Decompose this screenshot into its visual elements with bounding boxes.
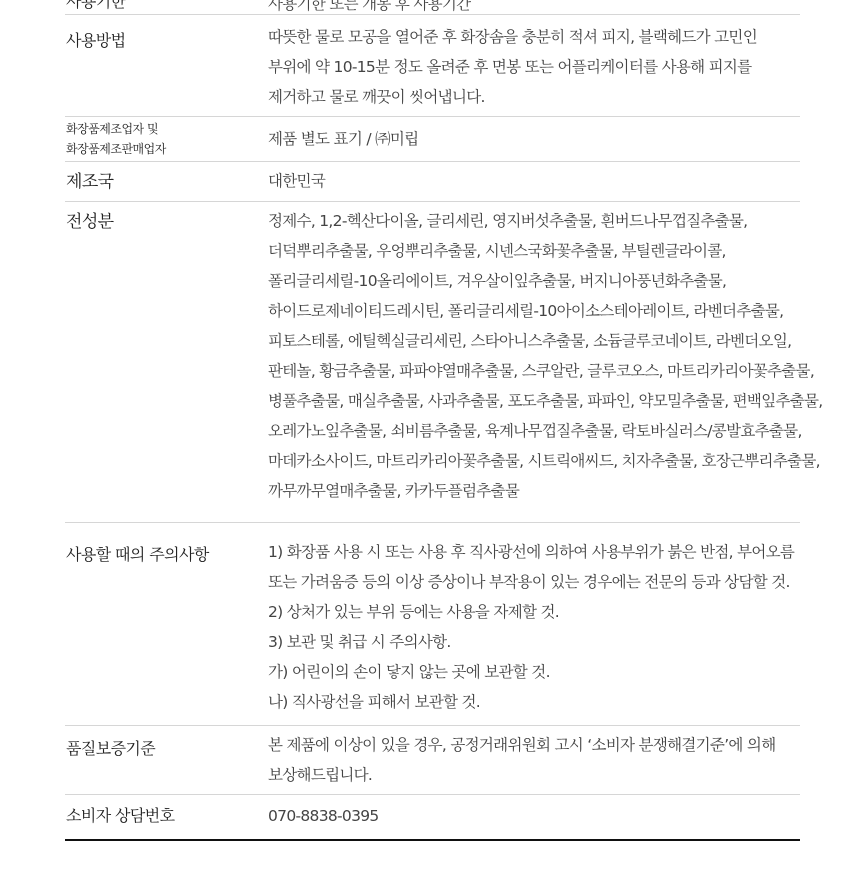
value-line: 더덕뿌리추출물, 우엉뿌리추출물, 시넨스국화꽃추출물, 부틸렌글라이콜, <box>268 236 823 266</box>
value-line: 가) 어린이의 손이 닿지 않는 곳에 보관할 것. <box>268 657 800 687</box>
info-row-expiry: 사용기한 사용기한 또는 개봉 후 사용기간 <box>65 0 800 15</box>
value-line: 2) 상처가 있는 부위 등에는 사용을 자제할 것. <box>268 597 800 627</box>
row-value: 따뜻한 물로 모공을 열어준 후 화장솜을 충분히 적셔 피지, 블랙헤드가 고… <box>268 15 800 116</box>
row-value: 사용기한 또는 개봉 후 사용기간 <box>268 0 800 14</box>
value-line: 1) 화장품 사용 시 또는 사용 후 직사광선에 의하여 사용부위가 붉은 반… <box>268 537 800 567</box>
row-label: 사용방법 <box>65 15 268 116</box>
value-line: 병풀추출물, 매실추출물, 사과추출물, 포도추출물, 파파인, 약모밀추출물,… <box>268 386 823 416</box>
value-line: 3) 보관 및 취급 시 주의사항. <box>268 627 800 657</box>
value-line: 따뜻한 물로 모공을 열어준 후 화장솜을 충분히 적셔 피지, 블랙헤드가 고… <box>268 22 800 52</box>
value-line: 피토스테롤, 에틸헥실글리세린, 스타아니스추출물, 소듐글루코네이트, 라벤더… <box>268 326 823 356</box>
row-value: 정제수, 1,2-헥산다이올, 글리세린, 영지버섯추출물, 흰버드나무껍질추출… <box>268 202 823 522</box>
label-line: 화장품제조업자 및 <box>66 119 268 139</box>
value-line: 보상해드립니다. <box>268 760 800 790</box>
row-value: 제품 별도 표기 / ㈜미립 <box>268 117 800 161</box>
value-line: 까무까무열매추출물, 카카두플럼추출물 <box>268 476 823 506</box>
row-label: 소비자 상담번호 <box>65 795 268 839</box>
value-line: 대한민국 <box>268 166 800 196</box>
row-label: 제조국 <box>65 162 268 201</box>
info-row-country: 제조국 대한민국 <box>65 162 800 202</box>
row-value: 본 제품에 이상이 있을 경우, 공정거래위원회 고시 ‘소비자 분쟁해결기준’… <box>268 726 800 794</box>
label-line: 화장품제조판매업자 <box>66 139 268 159</box>
row-value: 1) 화장품 사용 시 또는 사용 후 직사광선에 의하여 사용부위가 붉은 반… <box>268 523 800 725</box>
row-label: 전성분 <box>65 202 268 522</box>
row-label: 화장품제조업자 및 화장품제조판매업자 <box>65 117 268 161</box>
phone-number: 070-8838-0395 <box>268 801 800 831</box>
value-line: 오레가노잎추출물, 쇠비름추출물, 육계나무껍질추출물, 락토바실러스/콩발효추… <box>268 416 823 446</box>
value-line: 제거하고 물로 깨끗이 씻어냅니다. <box>268 82 800 112</box>
value-line: 또는 가려움증 등의 이상 증상이나 부작용이 있는 경우에는 전문의 등과 상… <box>268 567 800 597</box>
info-row-usage: 사용방법 따뜻한 물로 모공을 열어준 후 화장솜을 충분히 적셔 피지, 블랙… <box>65 15 800 117</box>
info-row-quality-guarantee: 품질보증기준 본 제품에 이상이 있을 경우, 공정거래위원회 고시 ‘소비자 … <box>65 726 800 795</box>
row-value: 대한민국 <box>268 162 800 201</box>
value-line: 본 제품에 이상이 있을 경우, 공정거래위원회 고시 ‘소비자 분쟁해결기준’… <box>268 730 800 760</box>
info-row-consumer-hotline: 소비자 상담번호 070-8838-0395 <box>65 795 800 841</box>
value-line: 나) 직사광선을 피해서 보관할 것. <box>268 687 800 717</box>
value-line: 판테놀, 황금추출물, 파파야열매추출물, 스쿠알란, 글루코오스, 마트리카리… <box>268 356 823 386</box>
value-line: 하이드로제네이티드레시틴, 폴리글리세릴-10아이소스테아레이트, 라벤더추출물… <box>268 296 823 326</box>
row-label: 사용기한 <box>65 0 268 14</box>
row-label: 사용할 때의 주의사항 <box>65 523 268 725</box>
value-line: 부위에 약 10-15분 정도 올려준 후 면봉 또는 어플리케이터를 사용해 … <box>268 52 800 82</box>
info-row-manufacturer: 화장품제조업자 및 화장품제조판매업자 제품 별도 표기 / ㈜미립 <box>65 117 800 162</box>
row-label: 품질보증기준 <box>65 726 268 794</box>
value-line: 마데카소사이드, 마트리카리아꽃추출물, 시트릭애씨드, 치자추출물, 호장근뿌… <box>268 446 823 476</box>
value-line: 제품 별도 표기 / ㈜미립 <box>268 124 800 154</box>
info-row-precautions: 사용할 때의 주의사항 1) 화장품 사용 시 또는 사용 후 직사광선에 의하… <box>65 523 800 726</box>
product-info-table: 사용기한 사용기한 또는 개봉 후 사용기간 사용방법 따뜻한 물로 모공을 열… <box>65 0 800 841</box>
row-value: 070-8838-0395 <box>268 795 800 839</box>
value-line: 정제수, 1,2-헥산다이올, 글리세린, 영지버섯추출물, 흰버드나무껍질추출… <box>268 206 823 236</box>
info-row-ingredients: 전성분 정제수, 1,2-헥산다이올, 글리세린, 영지버섯추출물, 흰버드나무… <box>65 202 800 523</box>
value-line: 폴리글리세릴-10올리에이트, 겨우살이잎추출물, 버지니아풍년화추출물, <box>268 266 823 296</box>
